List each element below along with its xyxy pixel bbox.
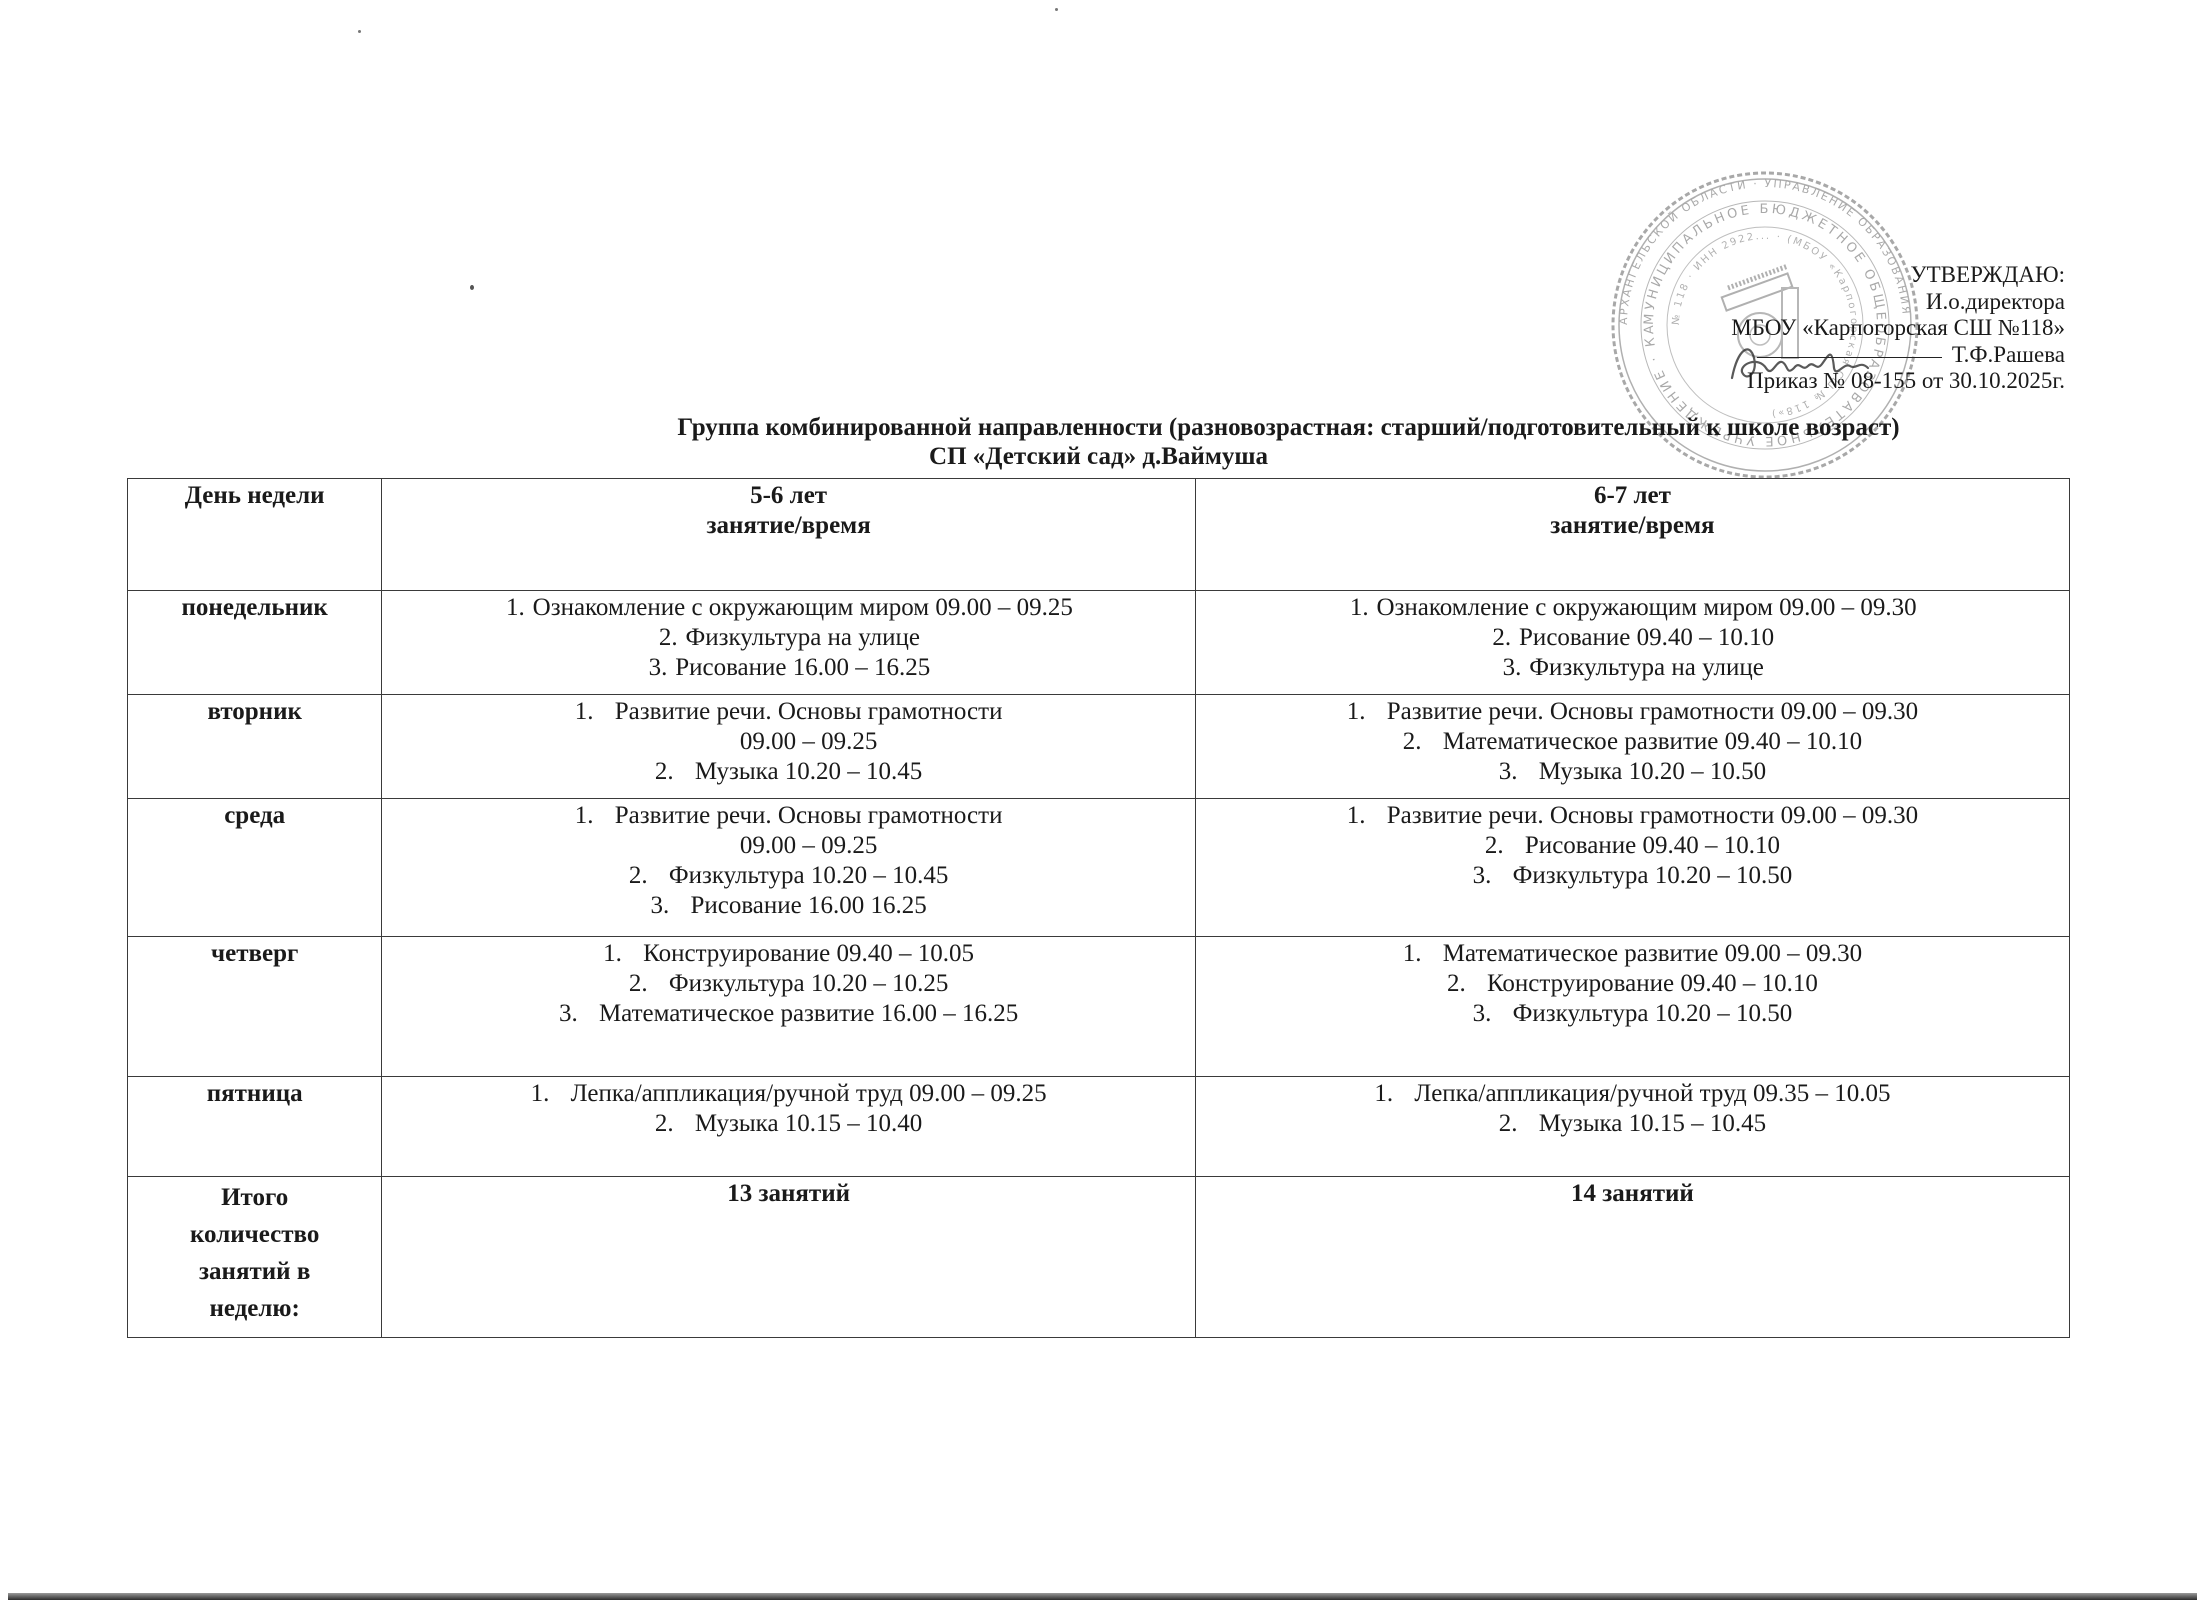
activity-item: 1. Ознакомление с окружающим миром 09.00… (1202, 593, 2063, 623)
total-label-line: Итого (134, 1179, 375, 1216)
activity-text: Рисование 16.00 – 16.25 (675, 654, 930, 681)
activity-number: 3. (1473, 861, 1513, 891)
activity-text: Конструирование 09.40 – 10.10 (1487, 970, 1818, 997)
table-row: четверг1.Конструирование 09.40 – 10.052.… (128, 937, 2070, 1077)
activity-text: Развитие речи. Основы грамотности (615, 802, 1003, 829)
scanner-edge (8, 1593, 2197, 1600)
activity-text: Ознакомление с окружающим миром 09.00 – … (533, 594, 1073, 621)
total-group-b: 14 занятий (1195, 1177, 2069, 1338)
signature-icon (1728, 338, 1878, 386)
document-title: Группа комбинированной направленности (р… (0, 413, 2197, 471)
activity-text: Музыка 10.15 – 10.45 (1539, 1110, 1766, 1137)
group-b-cell: 1.Развитие речи. Основы грамотности 09.0… (1195, 695, 2069, 799)
activity-text: Конструирование 09.40 – 10.05 (643, 940, 974, 967)
table-row: среда1.Развитие речи. Основы грамотности… (128, 799, 2070, 937)
total-group-a: 13 занятий (382, 1177, 1196, 1338)
activity-item: 2. Физкультура на улице (388, 623, 1189, 653)
total-label-line: занятий в (134, 1253, 375, 1290)
activity-number: 3. (1501, 653, 1523, 683)
header-group-b: 6-7 лет занятие/время (1195, 479, 2069, 591)
table-header-row: День недели 5-6 лет занятие/время 6-7 ле… (128, 479, 2070, 591)
activity-item: 2.Физкультура 10.20 – 10.45 (388, 861, 1189, 891)
table-row: вторник1.Развитие речи. Основы грамотнос… (128, 695, 2070, 799)
header-group-a: 5-6 лет занятие/время (382, 479, 1196, 591)
day-cell: пятница (128, 1077, 382, 1177)
activity-item: 2. Рисование 09.40 – 10.10 (1202, 623, 2063, 653)
group-b-cell: 1.Лепка/аппликация/ручной труд 09.35 – 1… (1195, 1077, 2069, 1177)
day-cell: понедельник (128, 591, 382, 695)
activity-text: Музыка 10.20 – 10.45 (695, 758, 922, 785)
day-cell: вторник (128, 695, 382, 799)
activity-number: 1. (531, 1079, 571, 1109)
header-group-b-age: 6-7 лет (1202, 481, 2063, 511)
activity-item: 3. Рисование 16.00 – 16.25 (388, 653, 1189, 683)
scan-speck (1055, 8, 1058, 11)
activity-item: 1.Развитие речи. Основы грамотности 09.0… (1202, 801, 2063, 831)
approval-signatory: Т.Ф.Рашева (1952, 342, 2065, 367)
activity-number: 3. (650, 891, 690, 921)
schedule-body: понедельник1. Ознакомление с окружающим … (128, 591, 2070, 1177)
activity-item: 2.Музыка 10.15 – 10.45 (1202, 1109, 2063, 1139)
activity-text: Развитие речи. Основы грамотности 09.00 … (1387, 802, 1918, 829)
activity-item: 3.Физкультура 10.20 – 10.50 (1202, 861, 2063, 891)
activity-item: 2.Музыка 10.15 – 10.40 (388, 1109, 1189, 1139)
activity-text: Лепка/аппликация/ручной труд 09.35 – 10.… (1414, 1080, 1890, 1107)
activity-number: 3. (1473, 999, 1513, 1029)
activity-text: Развитие речи. Основы грамотности (615, 698, 1003, 725)
scan-speck (358, 30, 361, 33)
activity-text: Физкультура на улице (1529, 654, 1764, 681)
activity-item: 3.Музыка 10.20 – 10.50 (1202, 757, 2063, 787)
activity-item: 2.Математическое развитие 09.40 – 10.10 (1202, 727, 2063, 757)
activity-text: Физкультура 10.20 – 10.50 (1513, 862, 1793, 889)
activity-item: 1.Развитие речи. Основы грамотности 09.0… (1202, 697, 2063, 727)
activity-item: 1.Развитие речи. Основы грамотности (388, 801, 1189, 831)
activity-number: 1. (1348, 593, 1370, 623)
approval-heading: УТВЕРЖДАЮ: (1731, 262, 2065, 289)
activity-number: 2. (629, 861, 669, 891)
activity-text: Музыка 10.20 – 10.50 (1539, 758, 1766, 785)
activity-number: 2. (1499, 1109, 1539, 1139)
activity-text: Физкультура 10.20 – 10.45 (669, 862, 949, 889)
group-a-cell: 1. Ознакомление с окружающим миром 09.00… (382, 591, 1196, 695)
activity-text: Физкультура 10.20 – 10.25 (669, 970, 949, 997)
table-row: понедельник1. Ознакомление с окружающим … (128, 591, 2070, 695)
activity-text: Рисование 16.00 16.25 (690, 892, 926, 919)
header-group-a-age: 5-6 лет (388, 481, 1189, 511)
scan-speck (470, 285, 474, 290)
activity-text: Математическое развитие 09.00 – 09.30 (1443, 940, 1862, 967)
activity-time-continuation: 09.00 – 09.25 (388, 831, 1189, 861)
activity-item: 1.Лепка/аппликация/ручной труд 09.00 – 0… (388, 1079, 1189, 1109)
activity-item: 3.Математическое развитие 16.00 – 16.25 (388, 999, 1189, 1029)
activity-number: 3. (647, 653, 669, 683)
schedule-table: День недели 5-6 лет занятие/время 6-7 ле… (127, 478, 2070, 1338)
approval-position: И.о.директора (1731, 289, 2065, 316)
activity-item: 1. Ознакомление с окружающим миром 09.00… (388, 593, 1189, 623)
activity-text: Рисование 09.40 – 10.10 (1525, 832, 1780, 859)
group-a-cell: 1.Развитие речи. Основы грамотности09.00… (382, 799, 1196, 937)
table-row: пятница1.Лепка/аппликация/ручной труд 09… (128, 1077, 2070, 1177)
total-label-line: неделю: (134, 1290, 375, 1327)
title-line-1: Группа комбинированной направленности (р… (0, 413, 2197, 442)
activity-number: 2. (1485, 831, 1525, 861)
activity-item: 2.Рисование 09.40 – 10.10 (1202, 831, 2063, 861)
total-label-line: количество (134, 1216, 375, 1253)
activity-text: Ознакомление с окружающим миром 09.00 – … (1376, 594, 1916, 621)
group-a-cell: 1.Развитие речи. Основы грамотности09.00… (382, 695, 1196, 799)
day-cell: четверг (128, 937, 382, 1077)
group-b-cell: 1.Развитие речи. Основы грамотности 09.0… (1195, 799, 2069, 937)
activity-text: Математическое развитие 09.40 – 10.10 (1443, 728, 1862, 755)
activity-number: 1. (575, 697, 615, 727)
activity-text: Развитие речи. Основы грамотности 09.00 … (1387, 698, 1918, 725)
activity-number: 1. (504, 593, 526, 623)
activity-item: 2.Музыка 10.20 – 10.45 (388, 757, 1189, 787)
header-group-a-sub: занятие/время (388, 511, 1189, 541)
group-a-cell: 1.Лепка/аппликация/ручной труд 09.00 – 0… (382, 1077, 1196, 1177)
activity-item: 3.Физкультура 10.20 – 10.50 (1202, 999, 2063, 1029)
activity-number: 2. (629, 969, 669, 999)
activity-number: 2. (655, 1109, 695, 1139)
group-b-cell: 1. Ознакомление с окружающим миром 09.00… (1195, 591, 2069, 695)
activity-number: 1. (1347, 697, 1387, 727)
header-group-b-sub: занятие/время (1202, 511, 2063, 541)
activity-number: 1. (1374, 1079, 1414, 1109)
activity-time-continuation: 09.00 – 09.25 (388, 727, 1189, 757)
activity-number: 2. (657, 623, 679, 653)
activity-number: 2. (1447, 969, 1487, 999)
group-b-cell: 1.Математическое развитие 09.00 – 09.302… (1195, 937, 2069, 1077)
activity-number: 1. (1347, 801, 1387, 831)
header-day: День недели (128, 479, 382, 591)
activity-text: Рисование 09.40 – 10.10 (1519, 624, 1774, 651)
activity-number: 1. (575, 801, 615, 831)
activity-item: 2.Конструирование 09.40 – 10.10 (1202, 969, 2063, 999)
activity-item: 1.Математическое развитие 09.00 – 09.30 (1202, 939, 2063, 969)
activity-text: Лепка/аппликация/ручной труд 09.00 – 09.… (571, 1080, 1047, 1107)
activity-item: 1.Развитие речи. Основы грамотности (388, 697, 1189, 727)
activity-text: Физкультура 10.20 – 10.50 (1513, 1000, 1793, 1027)
activity-text: Физкультура на улице (685, 624, 920, 651)
activity-number: 3. (1499, 757, 1539, 787)
activity-number: 1. (603, 939, 643, 969)
activity-text: Музыка 10.15 – 10.40 (695, 1110, 922, 1137)
activity-number: 3. (559, 999, 599, 1029)
activity-number: 2. (655, 757, 695, 787)
day-cell: среда (128, 799, 382, 937)
activity-text: Математическое развитие 16.00 – 16.25 (599, 1000, 1018, 1027)
activity-number: 2. (1403, 727, 1443, 757)
activity-item: 1.Лепка/аппликация/ручной труд 09.35 – 1… (1202, 1079, 2063, 1109)
title-line-2: СП «Детский сад» д.Ваймуша (0, 442, 2197, 471)
activity-number: 1. (1403, 939, 1443, 969)
activity-item: 1.Конструирование 09.40 – 10.05 (388, 939, 1189, 969)
activity-item: 2.Физкультура 10.20 – 10.25 (388, 969, 1189, 999)
activity-item: 3.Рисование 16.00 16.25 (388, 891, 1189, 921)
header-day-label: День недели (185, 482, 325, 509)
activity-number: 2. (1491, 623, 1513, 653)
group-a-cell: 1.Конструирование 09.40 – 10.052.Физкуль… (382, 937, 1196, 1077)
total-label: Итого количество занятий в неделю: (128, 1177, 382, 1338)
activity-item: 3. Физкультура на улице (1202, 653, 2063, 683)
total-row: Итого количество занятий в неделю: 13 за… (128, 1177, 2070, 1338)
